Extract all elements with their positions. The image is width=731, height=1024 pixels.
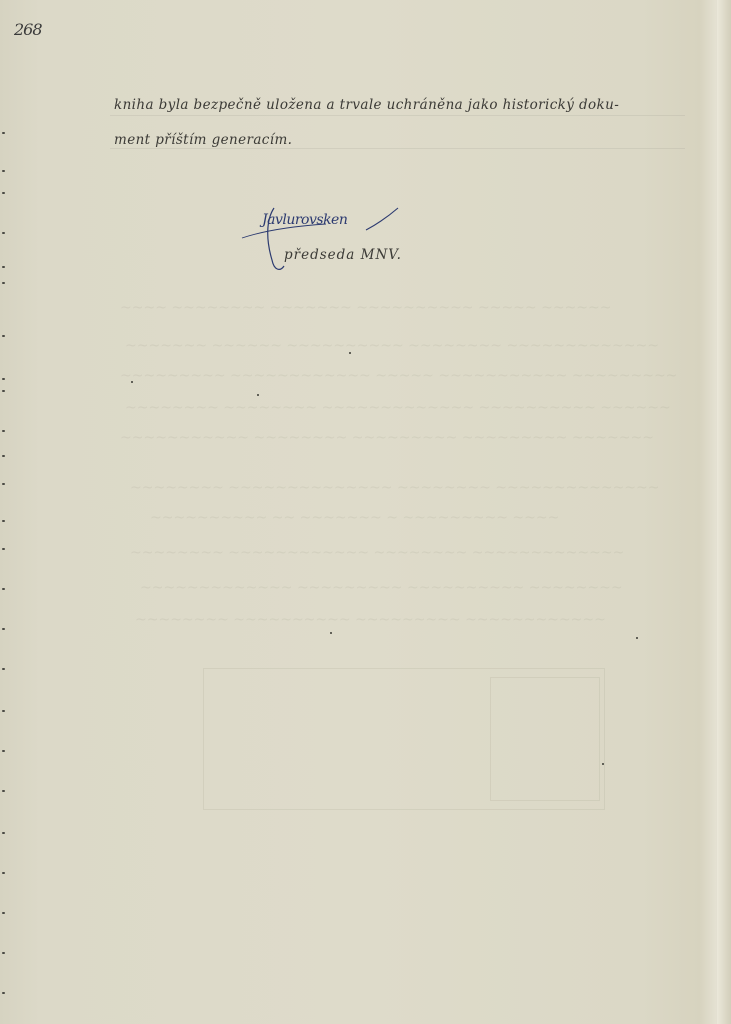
binding-holes (0, 0, 10, 1024)
paper-speck (602, 763, 604, 765)
paper-speck (349, 352, 351, 354)
paper-speck (257, 394, 259, 396)
paper-speck (330, 632, 332, 634)
show-through-text: ~~~~ ~~~~~~~~ ~~~~~~~ ~~~~~~~~~~ ~~~~~ ~… (120, 300, 611, 316)
body-text-line: kniha byla bezpečně uložena a trvale uch… (114, 97, 619, 113)
show-through-text: ~~~~~~~~ ~~~~~~~~~~~~~~ ~~~~~~~~ ~~~~~~~… (130, 480, 660, 496)
body-text-line: ment příštím generacím. (114, 132, 292, 148)
show-through-text: ~~~~~~~~ ~~~~~~~~~~~~ ~~~~~~~~ ~~~~~~~~~… (130, 545, 624, 561)
signature-title: předseda MNV. (284, 247, 402, 263)
page-edge (717, 0, 731, 1024)
show-through-text: ~~~~~~~~~~~ ~~~~~~~~ ~~~~~~~~~ ~~~~~~~~~… (120, 430, 654, 446)
document-page: ~~~~ ~~~~~~~~ ~~~~~~~ ~~~~~~~~~~ ~~~~~ ~… (0, 0, 731, 1024)
show-through-text: ~~~~~~~~~~~~~ ~~~~~~~~~ ~~~~~~~~~~ ~~~~~… (140, 580, 623, 596)
show-through-text: ~~~~~~~~~~ ~~ ~~~~~~~ ~ ~~~~~~~~~ ~~~~ (150, 510, 559, 526)
show-through-text: ~~~~~~~~ ~~~~~~~~ ~~~~~~~~~~~~~ ~~~~~~~~… (125, 400, 671, 416)
ruled-line (110, 148, 685, 149)
page-number: 268 (14, 20, 42, 39)
signature: Javlurovsken (262, 212, 347, 228)
ruled-line (110, 115, 685, 116)
show-through-text: ~~~~~~~ ~~~~~~ ~~~~~~~~~~ ~~~~~~~~ ~~~~~… (125, 338, 659, 354)
show-through-text: ~~~~~~~~ ~~~~~~~~~~ ~~~~~~~~~ ~~~~~~~~~~… (135, 612, 606, 628)
paper-speck (131, 381, 133, 383)
paper-speck (636, 637, 638, 639)
show-through-text: ~~~~~~~~~ ~~~~~~~~~~~~ ~~~~~ ~~~~~~~~~~~… (120, 368, 677, 384)
show-through-stamp (203, 668, 605, 810)
